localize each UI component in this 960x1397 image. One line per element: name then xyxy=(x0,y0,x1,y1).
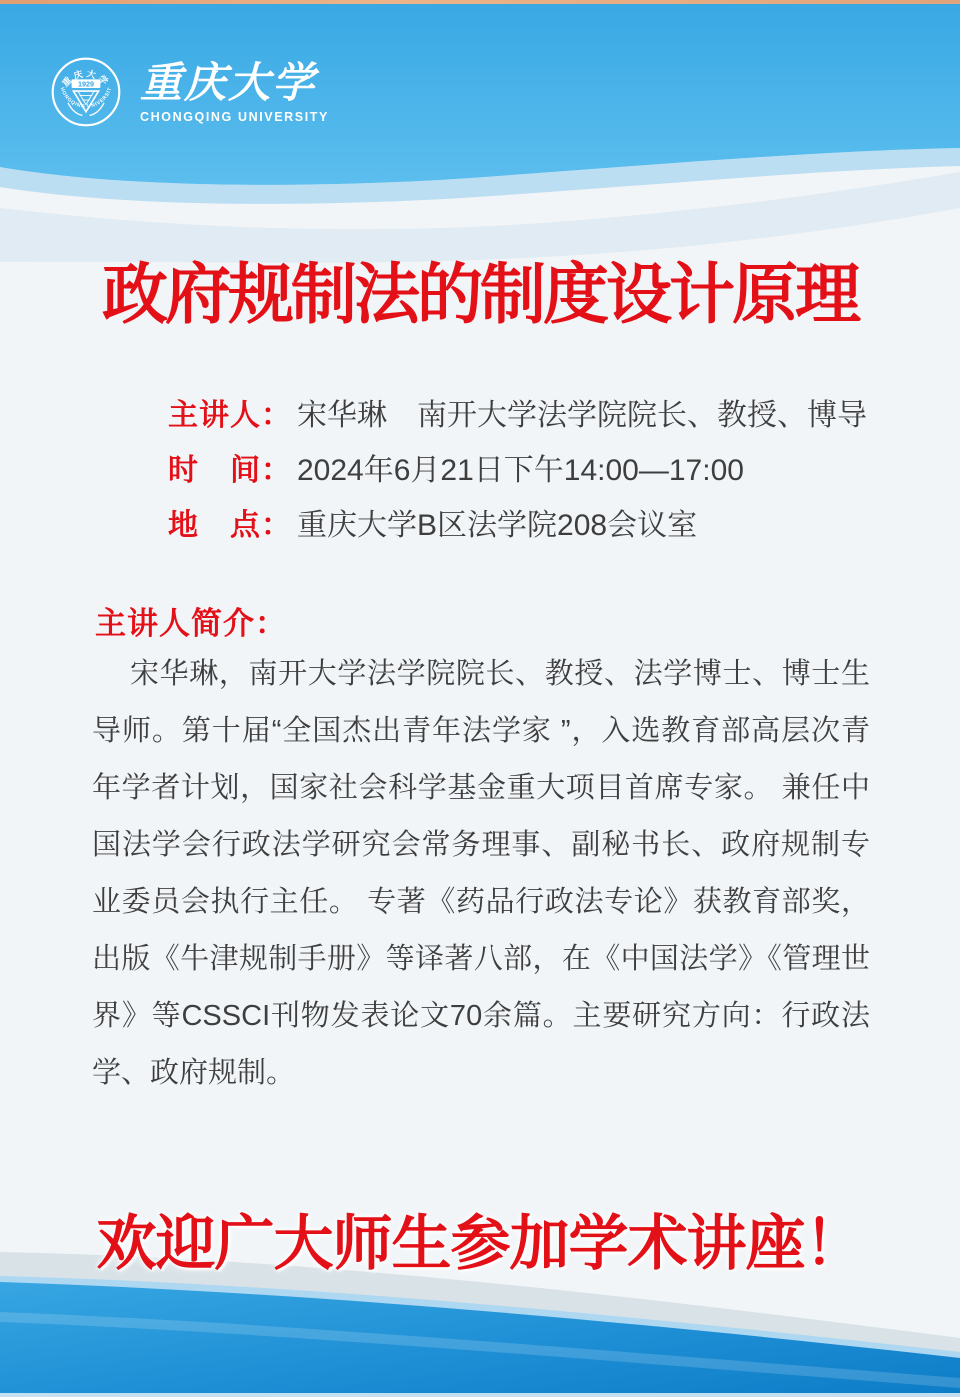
bio-paragraph: 宋华琳，南开大学法学院院长、教授、法学博士、博士生导师。第十届“全国杰出青年法学… xyxy=(92,646,870,1102)
detail-row-speaker: 主讲人： 宋华琳 南开大学法学院院长、教授、博导 xyxy=(168,390,867,445)
location-value: 重庆大学B区法学院208会议室 xyxy=(297,500,697,544)
time-label: 时 间： xyxy=(168,445,292,489)
university-name: 重庆大学 CHONGQING UNIVERSITY xyxy=(140,60,329,124)
lecture-poster: 重庆大学 CHONGQING UNIVERSITY 1929 重庆大学 CHON… xyxy=(0,0,960,1397)
bio-heading: 主讲人简介： xyxy=(95,598,287,643)
university-brand: 重庆大学 CHONGQING UNIVERSITY 1929 重庆大学 CHON… xyxy=(50,56,329,128)
lecture-details: 主讲人： 宋华琳 南开大学法学院院长、教授、博导 时 间： 2024年6月21日… xyxy=(168,390,867,555)
welcome-slogan: 欢迎广大师生参加学术讲座！ xyxy=(0,1210,960,1278)
detail-row-time: 时 间： 2024年6月21日下午14:00—17:00 xyxy=(168,445,867,500)
time-value: 2024年6月21日下午14:00—17:00 xyxy=(297,445,744,489)
speaker-label: 主讲人： xyxy=(168,390,292,434)
seal-year: 1929 xyxy=(78,79,94,88)
university-seal-icon: 重庆大学 CHONGQING UNIVERSITY 1929 xyxy=(50,56,122,128)
university-name-en: CHONGQING UNIVERSITY xyxy=(140,110,329,124)
university-name-zh: 重庆大学 xyxy=(140,60,329,106)
speaker-value: 宋华琳 南开大学法学院院长、教授、博导 xyxy=(297,390,867,434)
lecture-title: 政府规制法的制度设计原理 xyxy=(0,258,960,330)
location-label: 地 点： xyxy=(168,500,292,544)
photo-edge-artifact xyxy=(0,0,960,4)
detail-row-location: 地 点： 重庆大学B区法学院208会议室 xyxy=(168,500,867,555)
